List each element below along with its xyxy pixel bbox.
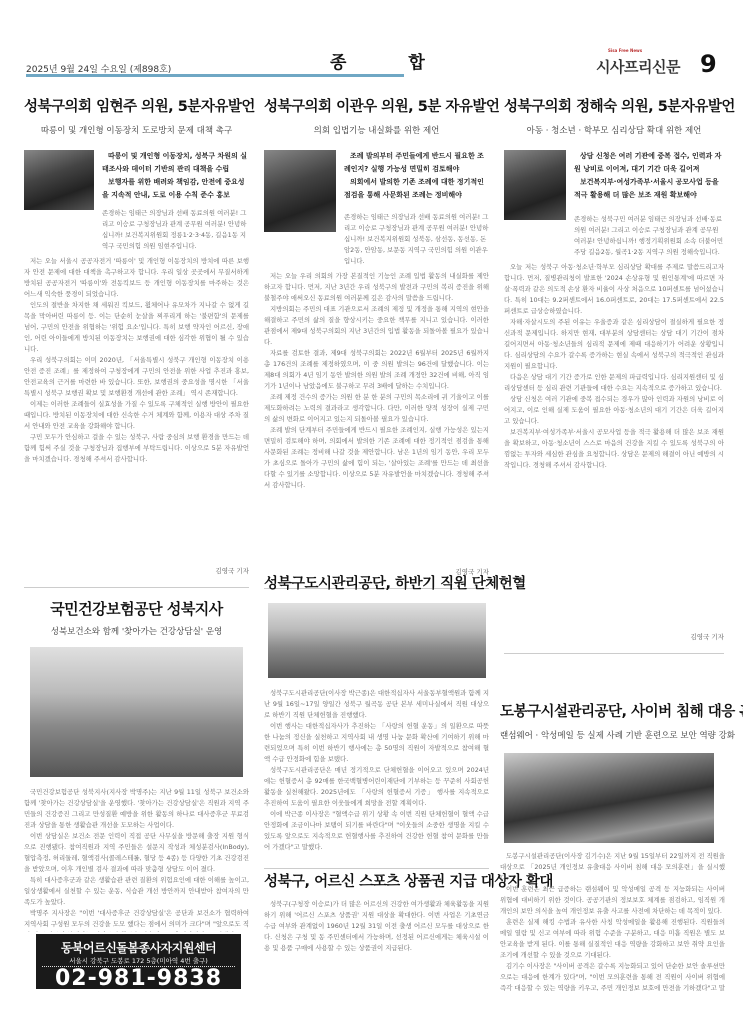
article-dobong-cyber-drill: 도봉구시설관리공단, 사이버 침해 대응 훈련 랜섬웨어 · 악성메일 등 실제… [500,700,725,991]
article-subheadline: 랜섬웨어 · 악성메일 등 실제 사례 기반 훈련으로 보안 역량 강화 [500,729,725,741]
article-body: 국민건강보험공단 성북지사(지사장 박명주)는 지난 9월 11일 성북구 보건… [24,787,249,932]
ad-title: 동북어르신돌봄종사자지원센터 [42,939,235,956]
article-headline: 성북구의회 임현주 의원, 5분자유발언 [24,95,249,116]
byline: 김영국 기자 [504,632,724,641]
divider [264,868,489,869]
byline: 김영국 기자 [24,566,249,575]
article-headline: 성북구도시관리공단, 하반기 직원 단체헌혈 [264,572,489,593]
article-lee-kwanwoo: 성북구의회 이관우 의원, 5분 자유발언 의회 입법기능 내실화를 위한 제언… [264,95,489,589]
article-lim-hyunju: 성북구의회 임현주 의원, 5분자유발언 따릉이 및 개인형 이동장치 도로방치… [24,95,249,588]
article-intro: 존경하는 성북구민 여러분 임태근 의장님과 선배·동료의원 여러분! 그리고 … [504,214,724,258]
article-summary: 조례 발의부터 주민들에게 반드시 필요한 조례인지? 실행 가능성 면밀히 검… [336,150,489,202]
article-headline: 도봉구시설관리공단, 사이버 침해 대응 훈련 [500,700,725,721]
page-number: 9 [700,50,717,78]
logo-tagline: Sisa Free News [608,48,642,53]
article-senior-sports-voucher: 성북구, 어르신 스포츠 상품권 지급 대상자 확대 성북구(구청장 이승로)가… [264,870,489,999]
article-headline: 성북구의회 이관우 의원, 5분 자유발언 [264,95,489,116]
portrait-photo [264,150,336,232]
article-photo [268,603,486,678]
ad-address: 서울시 강북구 도봉로 172 5층(미아역 4번 출구) [42,956,235,965]
logo-text: 시사프리신문 [596,58,680,76]
article-photo [30,647,243,777]
ad-phone[interactable]: 02-981-9838 [42,968,235,990]
article-headline: 성북구, 어르신 스포츠 상품권 지급 대상자 확대 [264,870,489,891]
article-summary: 따릉이 및 개인형 이동장치, 성북구 차원의 실태조사와 데이터 기반의 관리… [94,150,249,202]
article-photo [504,753,714,843]
article-subheadline: 아동 · 청소년 · 학부모 심리상담 확대 위한 제언 [504,124,724,136]
article-body: 오늘 저는 성북구 아동·청소년·학부모 심리상담 확대를 주제로 말씀드리고자… [504,262,724,622]
article-jung-haesook: 성북구의회 정해숙 의원, 5분자유발언 아동 · 청소년 · 학부모 심리상담… [504,95,724,654]
header-rule [26,74,404,77]
portrait-photo [504,150,566,220]
article-body: 저는 오늘 서울시 공공자전거 '따릉이' 및 개인형 이동장치의 방치에 따른… [24,256,249,556]
article-summary: 상담 신청은 여러 기관에 중복 접수, 인력과 자원 낭비로 이어져, 대기 … [566,150,724,202]
advertisement-banner[interactable]: 동북어르신돌봄종사자지원센터 서울시 강북구 도봉로 172 5층(미아역 4번… [36,934,241,989]
portrait-photo [24,150,94,210]
article-body: 성북구(구청장 이승로)가 더 많은 어르신의 건강한 여가생활과 체육활동을 … [264,899,489,999]
article-body: 도봉구시설관리공단(이사장 김기수)은 지난 9월 15일부터 22일까지 전 … [500,851,725,991]
divider [504,653,724,654]
article-subheadline: 성북보건소와 함께 '찾아가는 건강상담실' 운영 [24,625,249,637]
article-headline: 국민건강보험공단 성북지사 [24,598,249,619]
article-intro: 존경하는 임태근 의장님과 선배 동료의원 여러분! 그리고 이승로 구청장님과… [24,208,249,252]
article-body: 저는 오늘 우리 의회의 가장 본질적인 기능인 조례 입법 활동의 내실화를 … [264,271,489,557]
article-seongbuk-blood-drive: 성북구도시관리공단, 하반기 직원 단체헌혈 성북구도시관리공단(이사장 박근종… [264,572,489,869]
section-title: 종 합 [330,48,453,73]
article-body: 성북구도시관리공단(이사장 박근종)은 대한적십자사 서울동부혈액원과 함께 지… [264,688,489,860]
article-headline: 성북구의회 정해숙 의원, 5분자유발언 [504,95,724,116]
article-subheadline: 의회 입법기능 내실화를 위한 제언 [264,124,489,136]
masthead: 2025년 9월 24일 수요일 (제898호) 종 합 Sisa Free N… [0,0,743,80]
article-subheadline: 따릉이 및 개인형 이동장치 도로방치 문제 대책 촉구 [24,124,249,136]
divider [24,587,249,588]
newspaper-logo: Sisa Free News시사프리신문 [596,56,680,77]
article-nhis-seongbuk: 국민건강보험공단 성북지사 성북보건소와 함께 '찾아가는 건강상담실' 운영 … [24,598,249,932]
